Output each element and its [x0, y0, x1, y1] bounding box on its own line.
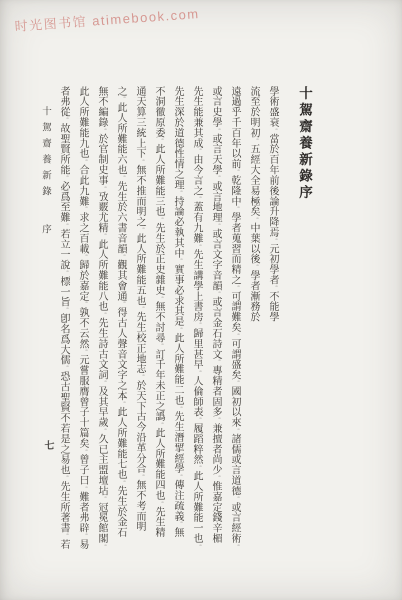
punctuation-dot: 。 [119, 301, 125, 307]
punctuation-dot: 。 [176, 327, 182, 333]
punctuation-dot: 。 [62, 533, 68, 539]
text-column: 不洞徹原委。此人所難能三也。先生於正史雜史。無不討尋。訂千年未正之譌。此人所難能… [149, 86, 168, 588]
punctuation-dot: 。 [233, 428, 239, 434]
text-column: 學術盛衰。當於百年前後論升降焉。元初學者。不能學 [263, 86, 282, 588]
punctuation-dot: 。 [195, 148, 201, 154]
punctuation-dot: 。 [62, 223, 68, 229]
punctuation-dot: 。 [214, 417, 220, 423]
punctuation-dot: 。 [100, 380, 106, 386]
punctuation-dot: 。 [176, 406, 182, 412]
punctuation-dot: 。 [233, 380, 239, 386]
punctuation-dot: 。 [157, 296, 163, 302]
text-column: 流至於明初。五經大全易極矣。中葉以後。學者漸務於 [244, 86, 263, 588]
punctuation-dot: 。 [271, 285, 277, 291]
punctuation-dot: 。 [100, 496, 106, 502]
punctuation-dot: 。 [81, 206, 87, 212]
punctuation-dot: 。 [214, 359, 220, 365]
punctuation-dot: 。 [138, 474, 144, 480]
punctuation-dot: 。 [62, 475, 68, 481]
punctuation-dot: 。 [157, 343, 163, 349]
punctuation-dot: 。 [214, 475, 220, 481]
punctuation-dot: 。 [195, 544, 201, 550]
text-column: 此人所難能九也。合此九難。求之百載。歸於嘉定。孰不云然。元嘗服膺曾子十篇矣。曾子… [73, 86, 92, 588]
text-column: 通天算三統上下。無不推而明之。此人所難能五也。先生校正地志。於天下古今沿革分合。… [130, 86, 149, 588]
watermark-text: 时光图书馆 atimebook.com [14, 0, 255, 35]
punctuation-dot: 。 [119, 401, 125, 407]
punctuation-dot: 。 [271, 238, 277, 244]
punctuation-dot: 。 [195, 322, 201, 328]
margin-section-label: 序 [38, 224, 52, 234]
preface-text-block: 十駕齋養新錄序 學術盛衰。當於百年前後論升降焉。元初學者。不能學流至於明初。五經… [54, 86, 314, 588]
punctuation-dot: 。 [81, 533, 87, 539]
punctuation-dot: 。 [138, 306, 144, 312]
punctuation-dot: 。 [176, 190, 182, 196]
punctuation-dot: 。 [214, 291, 220, 297]
punctuation-dot: 。 [81, 349, 87, 355]
text-column: 無不編錄。於官制史事。攷覈尤精。此人所難能八也。先生詩古文詞。及其早歲。久已主盟… [92, 86, 111, 588]
punctuation-dot: 。 [119, 480, 125, 486]
punctuation-dot: 。 [81, 159, 87, 165]
book-page: 时光图书馆 atimebook.com 十駕齋養新錄序 學術盛衰。當於百年前後論… [0, 0, 402, 600]
punctuation-dot: 。 [252, 138, 258, 144]
punctuation-dot: 。 [233, 206, 239, 212]
punctuation-dot: 。 [100, 233, 106, 239]
punctuation-dot: 。 [157, 501, 163, 507]
punctuation-dot: 。 [81, 449, 87, 455]
page-number: 七 [40, 440, 55, 450]
punctuation-dot: 。 [157, 422, 163, 428]
punctuation-dot: 。 [252, 264, 258, 270]
punctuation-dot: 。 [100, 428, 106, 434]
punctuation-dot: 。 [81, 254, 87, 260]
punctuation-dot: 。 [81, 301, 87, 307]
margin-book-title: 十駕齋養新錄 [38, 106, 52, 202]
punctuation-dot: 。 [157, 138, 163, 144]
punctuation-dot: 。 [195, 370, 201, 376]
text-column: 者弗從。故聖賢所能。必爲至難。若立一說。標一旨。卽名爲大儒。恐古聖賢不若是之易也… [54, 86, 73, 588]
punctuation-dot: 。 [157, 217, 163, 223]
punctuation-dot: 。 [195, 417, 201, 423]
punctuation-dot: 。 [233, 285, 239, 291]
punctuation-dot: 。 [100, 128, 106, 134]
punctuation-dot: 。 [195, 465, 201, 471]
text-column: 遠過乎千百年以前。乾隆中。學者蒐習而精之。可謂難矣。可謂盛矣。國初以來。諸儒或言… [225, 86, 244, 588]
punctuation-dot: 。 [214, 175, 220, 181]
punctuation-dot: 。 [271, 128, 277, 134]
text-column: 或言史學。或言天學。或言地理。或言文字音韻。或言金石詩文。專精者固多。兼擅者尚少… [206, 86, 225, 588]
punctuation-dot: 。 [176, 474, 182, 480]
punctuation-dot: 。 [233, 544, 239, 550]
punctuation-dot: 。 [252, 217, 258, 223]
punctuation-dot: 。 [100, 186, 106, 192]
punctuation-dot: 。 [195, 196, 201, 202]
punctuation-dot: 。 [100, 312, 106, 318]
punctuation-dot: 。 [138, 227, 144, 233]
punctuation-dot: 。 [62, 117, 68, 123]
punctuation-dot: 。 [62, 270, 68, 276]
punctuation-dot: 。 [81, 486, 87, 492]
punctuation-dot: 。 [100, 544, 106, 550]
punctuation-dot: 。 [62, 175, 68, 181]
punctuation-dot: 。 [138, 374, 144, 380]
punctuation-dot: 。 [119, 254, 125, 260]
punctuation-dot: 。 [214, 223, 220, 229]
punctuation-dot: 。 [62, 307, 68, 313]
text-column: 先生深於道德性情之理。持論必執其中。實事必求其是。此人所難能二也。先生潛揅經學。… [168, 86, 187, 588]
text-column: 先生能兼其成。由今言之。蓋有九難。先生講學上書房。歸里甚早。人倫師表。履蹈粹然。… [187, 86, 206, 588]
text-column: 之。此人所難能六也。先生於六書音韻。觀其會通。得古人聲音文字之本。此人所難能七也… [111, 86, 130, 588]
punctuation-dot: 。 [119, 96, 125, 102]
punctuation-dot: 。 [233, 169, 239, 175]
punctuation-dot: 。 [214, 128, 220, 134]
punctuation-dot: 。 [138, 159, 144, 165]
punctuation-dot: 。 [119, 175, 125, 181]
punctuation-dot: 。 [176, 258, 182, 264]
punctuation-dot: 。 [233, 333, 239, 339]
punctuation-dot: 。 [195, 244, 201, 250]
punctuation-dot: 。 [176, 521, 182, 527]
punctuation-dot: 。 [62, 365, 68, 371]
punctuation-dot: 。 [233, 496, 239, 502]
preface-title: 十駕齋養新錄序 [294, 86, 314, 588]
